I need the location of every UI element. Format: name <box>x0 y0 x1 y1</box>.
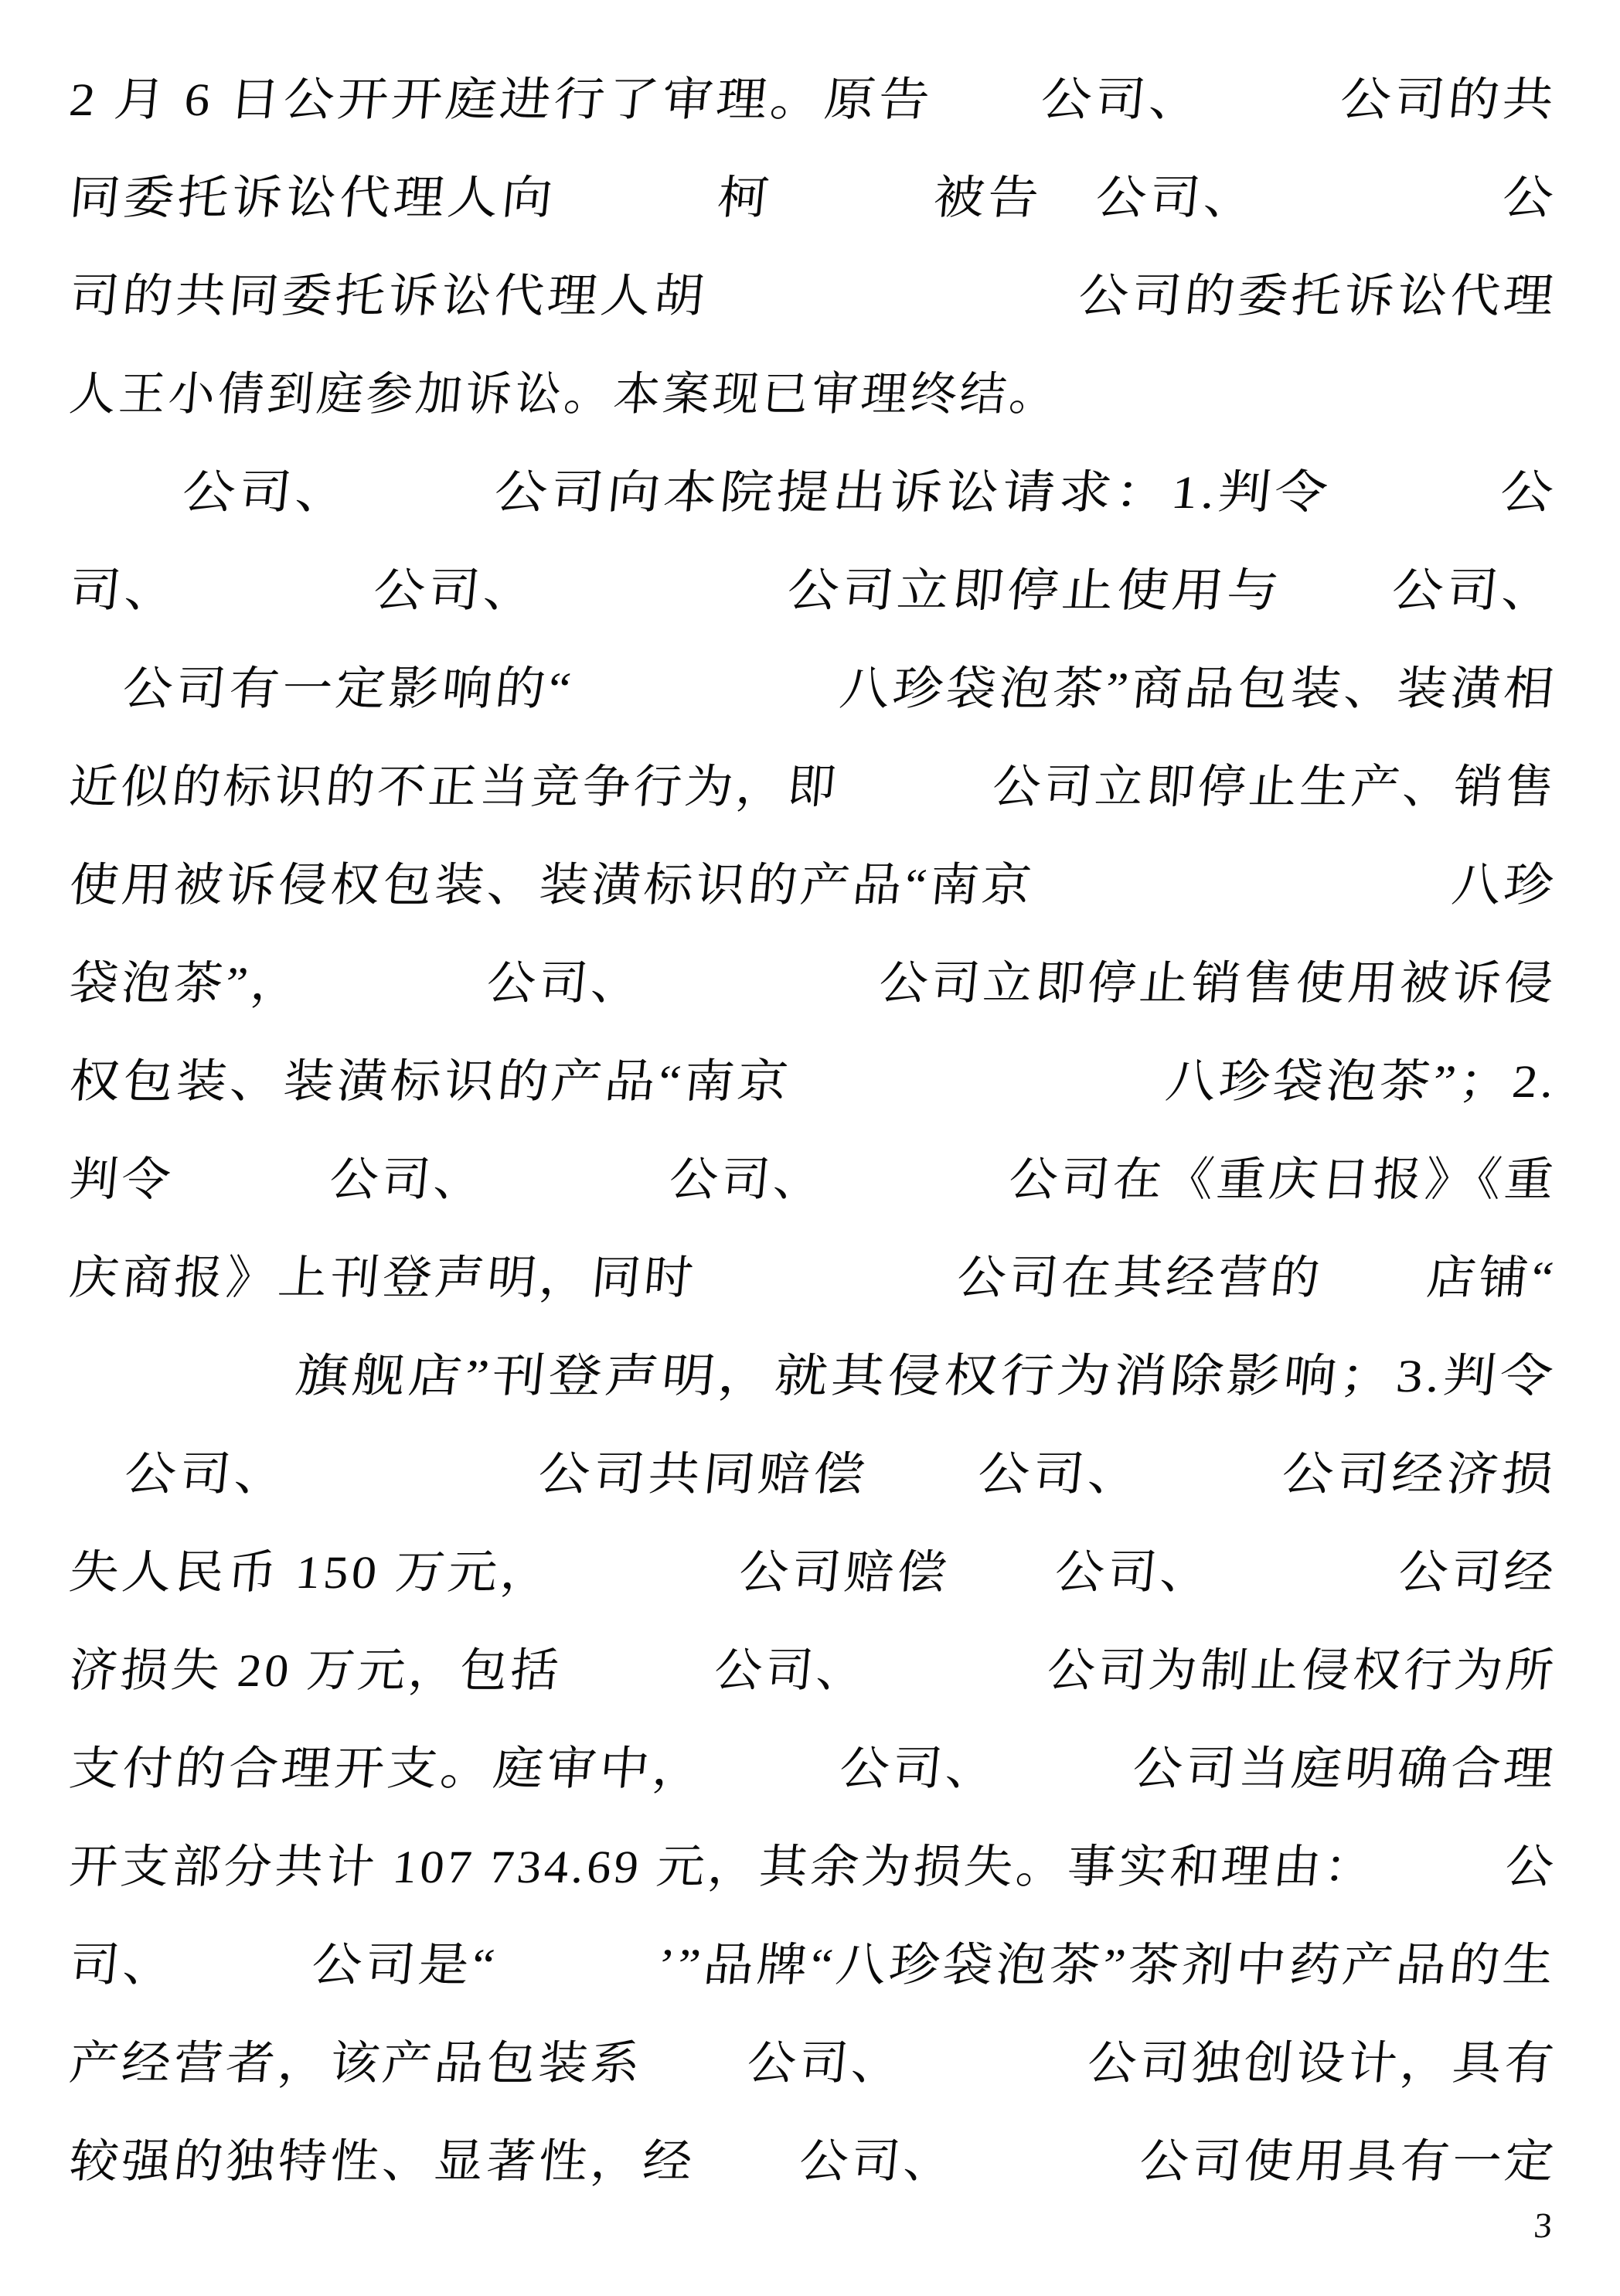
document-page: 2 月 6 日公开开庭进行了审理。原告 公司、 公司的共 同委托诉讼代理人向 柯… <box>0 0 1620 2296</box>
text-line: 公司有一定影响的“ 八珍袋泡茶”商品包装、装潢相 <box>70 640 1557 738</box>
text-line: 袋泡茶”， 公司、 公司立即停止销售使用被诉侵 <box>70 935 1557 1033</box>
text-line: 权包装、装潢标识的产品“南京 八珍袋泡茶”；2. <box>70 1033 1557 1131</box>
text-line: 同委托诉讼代理人向 柯 被告 公司、 公 <box>70 149 1557 247</box>
text-line: 司、 公司、 公司立即停止使用与 公司、 <box>70 542 1557 640</box>
text-line: 失人民币 150 万元， 公司赔偿 公司、 公司经 <box>70 1524 1557 1622</box>
text-line: 使用被诉侵权包装、装潢标识的产品“南京 八珍 <box>70 836 1557 935</box>
text-line: 公司、 公司向本院提出诉讼请求：1.判令 公 <box>70 444 1557 542</box>
text-line: 庆商报》上刊登声明，同时 公司在其经营的 店铺“ <box>70 1229 1557 1327</box>
text-line: 近似的标识的不正当竞争行为，即 公司立即停止生产、销售 <box>70 738 1557 836</box>
text-line: 较强的独特性、显著性，经 公司、 公司使用具有一定 <box>70 2113 1557 2211</box>
text-line: 司的共同委托诉讼代理人胡 公司的委托诉讼代理 <box>70 247 1557 346</box>
text-line: 人王小倩到庭参加诉讼。本案现已审理终结。 <box>70 346 1557 444</box>
text-line: 产经营者，该产品包装系 公司、 公司独创设计，具有 <box>70 2015 1557 2113</box>
text-line: 济损失 20 万元，包括 公司、 公司为制止侵权行为所 <box>70 1622 1557 1720</box>
text-line: 2 月 6 日公开开庭进行了审理。原告 公司、 公司的共 <box>70 51 1557 149</box>
document-text-block: 2 月 6 日公开开庭进行了审理。原告 公司、 公司的共 同委托诉讼代理人向 柯… <box>70 51 1557 2211</box>
text-line: 支付的合理开支。庭审中， 公司、 公司当庭明确合理 <box>70 1720 1557 1818</box>
text-line: 判令 公司、 公司、 公司在《重庆日报》《重 <box>70 1131 1557 1229</box>
page-number: 3 <box>1533 2205 1554 2246</box>
text-line: 司、 公司是“ ’”品牌“八珍袋泡茶”茶剂中药产品的生 <box>70 1916 1557 2015</box>
text-line: 公司、 公司共同赔偿 公司、 公司经济损 <box>70 1426 1557 1524</box>
text-line: 旗舰店”刊登声明，就其侵权行为消除影响；3.判令 <box>70 1327 1557 1426</box>
text-line: 开支部分共计 107 734.69 元，其余为损失。事实和理由： 公 <box>70 1818 1557 1916</box>
